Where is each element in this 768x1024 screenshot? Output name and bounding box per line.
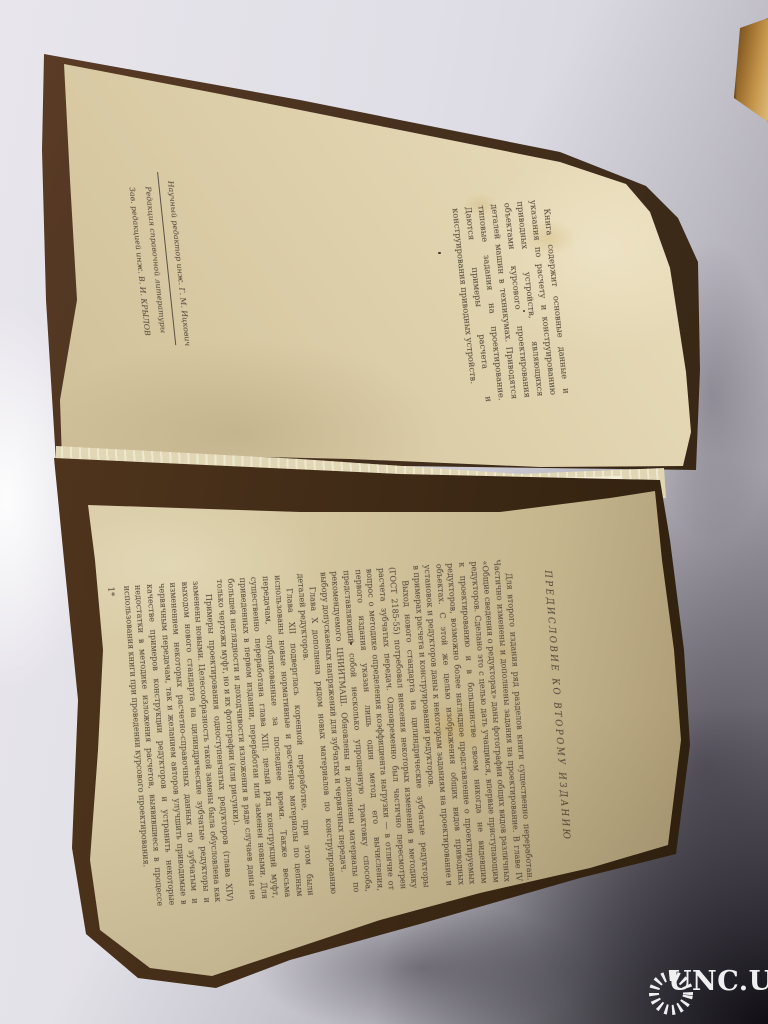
annotation-text: Книга содержит основные данные и указани… [449,198,573,404]
preface-text-block: ПРЕДИСЛОВИЕ КО ВТОРОМУ ИЗДАНИЮ Для второ… [104,556,574,908]
credits-block: Научный редактор инж. Г. М. Ицкович Реда… [123,180,194,339]
amber-glass-object [732,18,768,122]
paper-speck [523,310,525,312]
watermark-text: UNC.UA [668,966,768,997]
paper-speck [438,252,441,254]
paper-speck [350,642,352,645]
book-photo: Книга содержит основные данные и указани… [0,0,768,1024]
watermark: UNC.UA [642,956,768,1024]
preface-heading: ПРЕДИСЛОВИЕ КО ВТОРОМУ ИЗДАНИЮ [539,556,573,878]
